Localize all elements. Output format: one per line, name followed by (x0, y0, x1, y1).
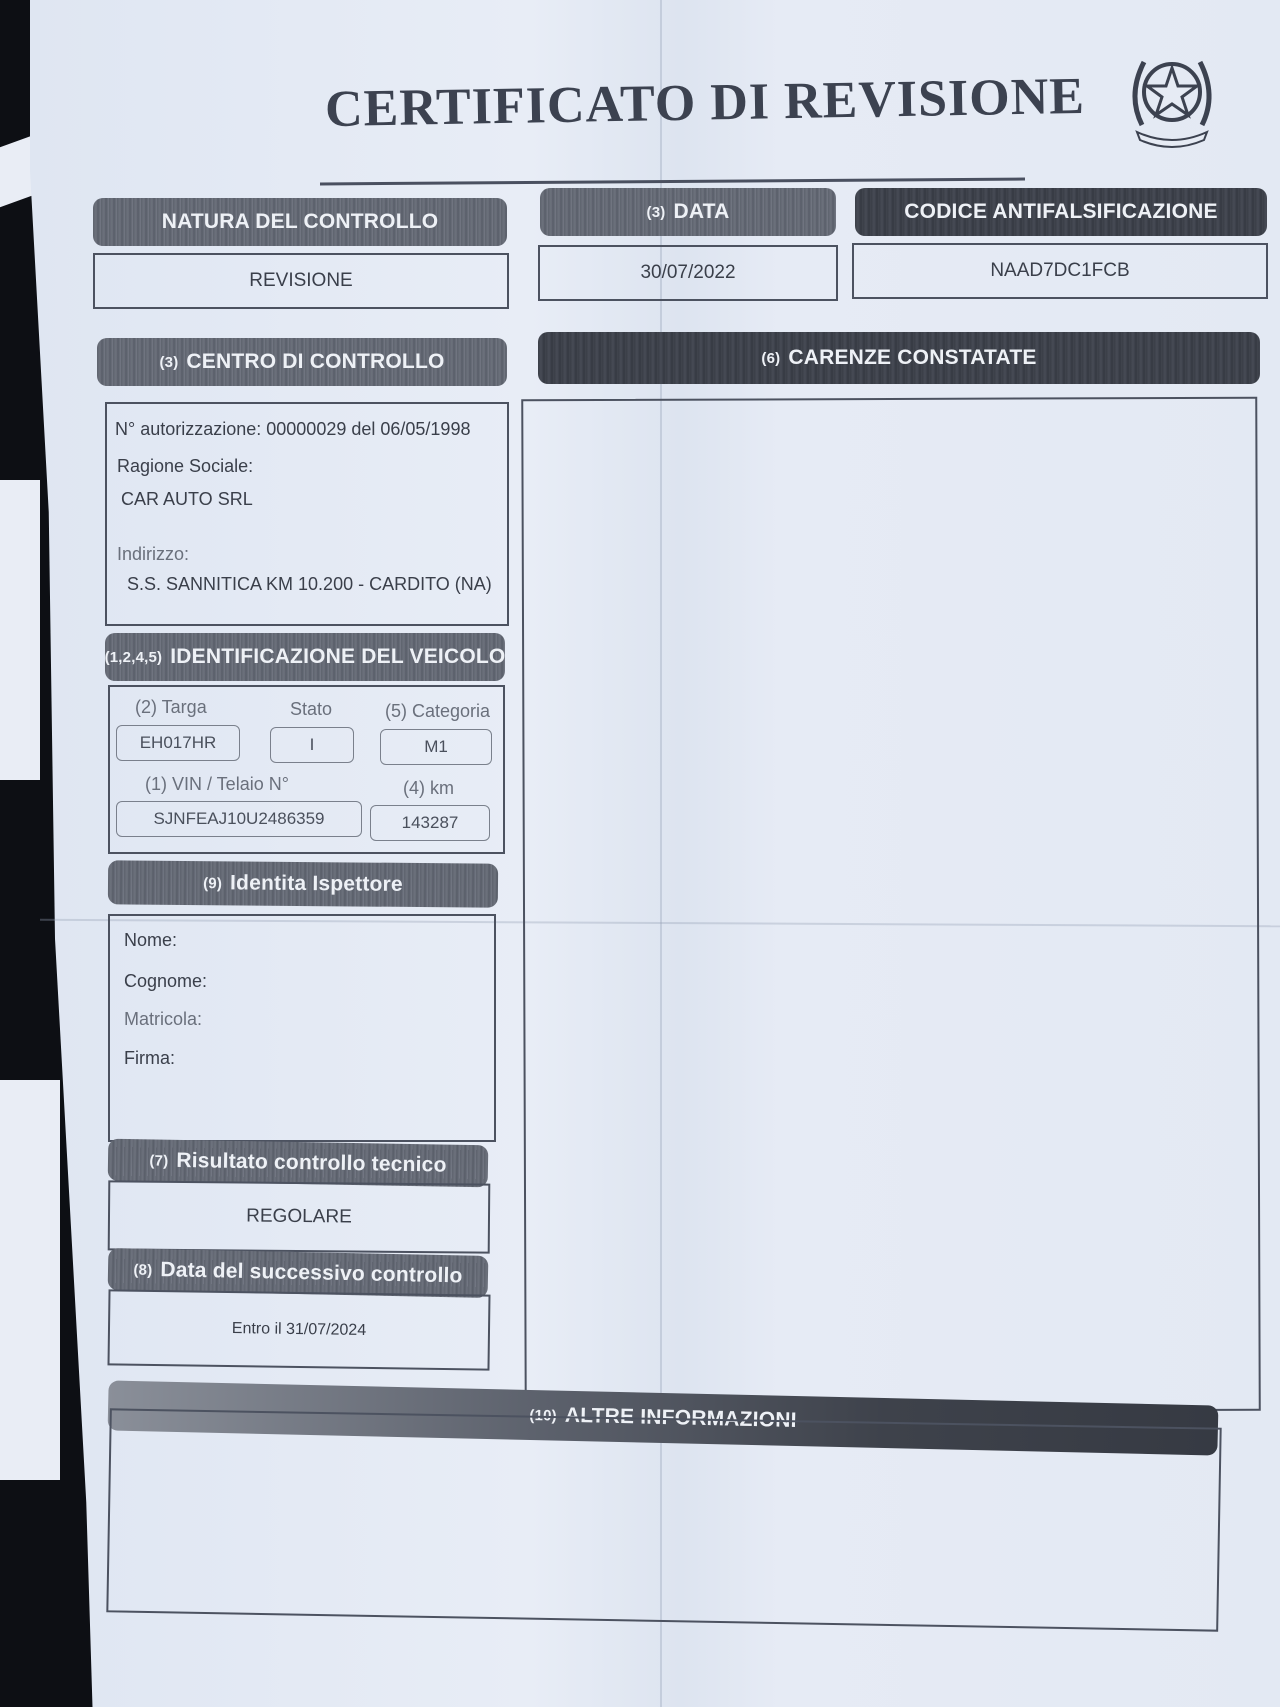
ispettore-header-num: (9) (203, 875, 222, 892)
centro-box: N° autorizzazione: 00000029 del 06/05/19… (105, 402, 509, 626)
km-label: (4) km (403, 778, 454, 799)
codice-value: NAAD7DC1FCB (990, 260, 1129, 282)
natura-header: NATURA DEL CONTROLLO (93, 198, 507, 246)
centro-header-label: CENTRO DI CONTROLLO (186, 350, 444, 374)
centro-header-num: (3) (159, 354, 178, 371)
veicolo-box: (2) Targa Stato (5) Categoria EH017HR I … (108, 685, 505, 854)
targa-field: EH017HR (116, 725, 240, 761)
background-pattern (0, 480, 40, 780)
codice-header: CODICE ANTIFALSIFICAZIONE (855, 188, 1267, 236)
nome-label: Nome: (124, 930, 177, 951)
autorizzazione-text: N° autorizzazione: 00000029 del 06/05/19… (115, 419, 470, 440)
natura-header-label: NATURA DEL CONTROLLO (162, 210, 439, 234)
categoria-label: (5) Categoria (385, 701, 490, 722)
carenze-header-label: CARENZE CONSTATATE (788, 346, 1036, 370)
vin-label: (1) VIN / Telaio N° (145, 774, 289, 795)
stato-field: I (270, 727, 354, 763)
repubblica-italiana-emblem-icon (1122, 40, 1222, 150)
data-header-num: (3) (647, 204, 666, 221)
background-pattern (0, 1080, 60, 1480)
ragione-sociale-label: Ragione Sociale: (117, 456, 253, 477)
risultato-header-num: (7) (149, 1152, 168, 1169)
ispettore-header: (9) Identita Ispettore (108, 860, 498, 907)
cognome-label: Cognome: (124, 971, 207, 992)
document-title: CERTIFICATO DI REVISIONE (325, 68, 1026, 139)
km-field: 143287 (370, 805, 490, 841)
altre-box (106, 1408, 1221, 1631)
codice-value-box: NAAD7DC1FCB (852, 243, 1268, 299)
carenze-header-num: (6) (761, 350, 780, 367)
veicolo-header-label: IDENTIFICAZIONE DEL VEICOLO (170, 645, 505, 669)
targa-label: (2) Targa (135, 697, 207, 718)
centro-header: (3) CENTRO DI CONTROLLO (97, 338, 507, 386)
natura-value-box: REVISIONE (93, 253, 509, 309)
carenze-header: (6) CARENZE CONSTATATE (538, 332, 1260, 384)
risultato-value: REGOLARE (246, 1206, 352, 1229)
risultato-header-label: Risultato controllo tecnico (176, 1149, 447, 1178)
stato-label: Stato (290, 699, 332, 720)
codice-header-label: CODICE ANTIFALSIFICAZIONE (904, 200, 1217, 224)
categoria-field: M1 (380, 729, 492, 765)
data-header-label: DATA (673, 200, 729, 224)
indirizzo-value: S.S. SANNITICA KM 10.200 - CARDITO (NA) (127, 574, 492, 595)
successivo-box: Entro il 31/07/2024 (107, 1289, 490, 1370)
matricola-label: Matricola: (124, 1009, 202, 1030)
vin-field: SJNFEAJ10U2486359 (116, 801, 362, 837)
firma-label: Firma: (124, 1048, 175, 1069)
successivo-header-label: Data del successivo controllo (160, 1258, 463, 1288)
risultato-box: REGOLARE (108, 1180, 491, 1253)
veicolo-header-num: (1,2,4,5) (105, 649, 163, 666)
successivo-value: Entro il 31/07/2024 (232, 1320, 367, 1340)
natura-value: REVISIONE (249, 270, 352, 292)
carenze-box (521, 397, 1261, 1414)
ragione-sociale-value: CAR AUTO SRL (121, 489, 253, 510)
data-value-box: 30/07/2022 (538, 245, 838, 301)
indirizzo-label: Indirizzo: (117, 544, 189, 565)
successivo-header-num: (8) (133, 1261, 152, 1278)
data-value: 30/07/2022 (640, 262, 735, 284)
data-header: (3) DATA (540, 188, 836, 236)
ispettore-header-label: Identita Ispettore (230, 871, 403, 897)
ispettore-box: Nome: Cognome: Matricola: Firma: (108, 914, 496, 1142)
veicolo-header: (1,2,4,5) IDENTIFICAZIONE DEL VEICOLO (105, 633, 505, 681)
